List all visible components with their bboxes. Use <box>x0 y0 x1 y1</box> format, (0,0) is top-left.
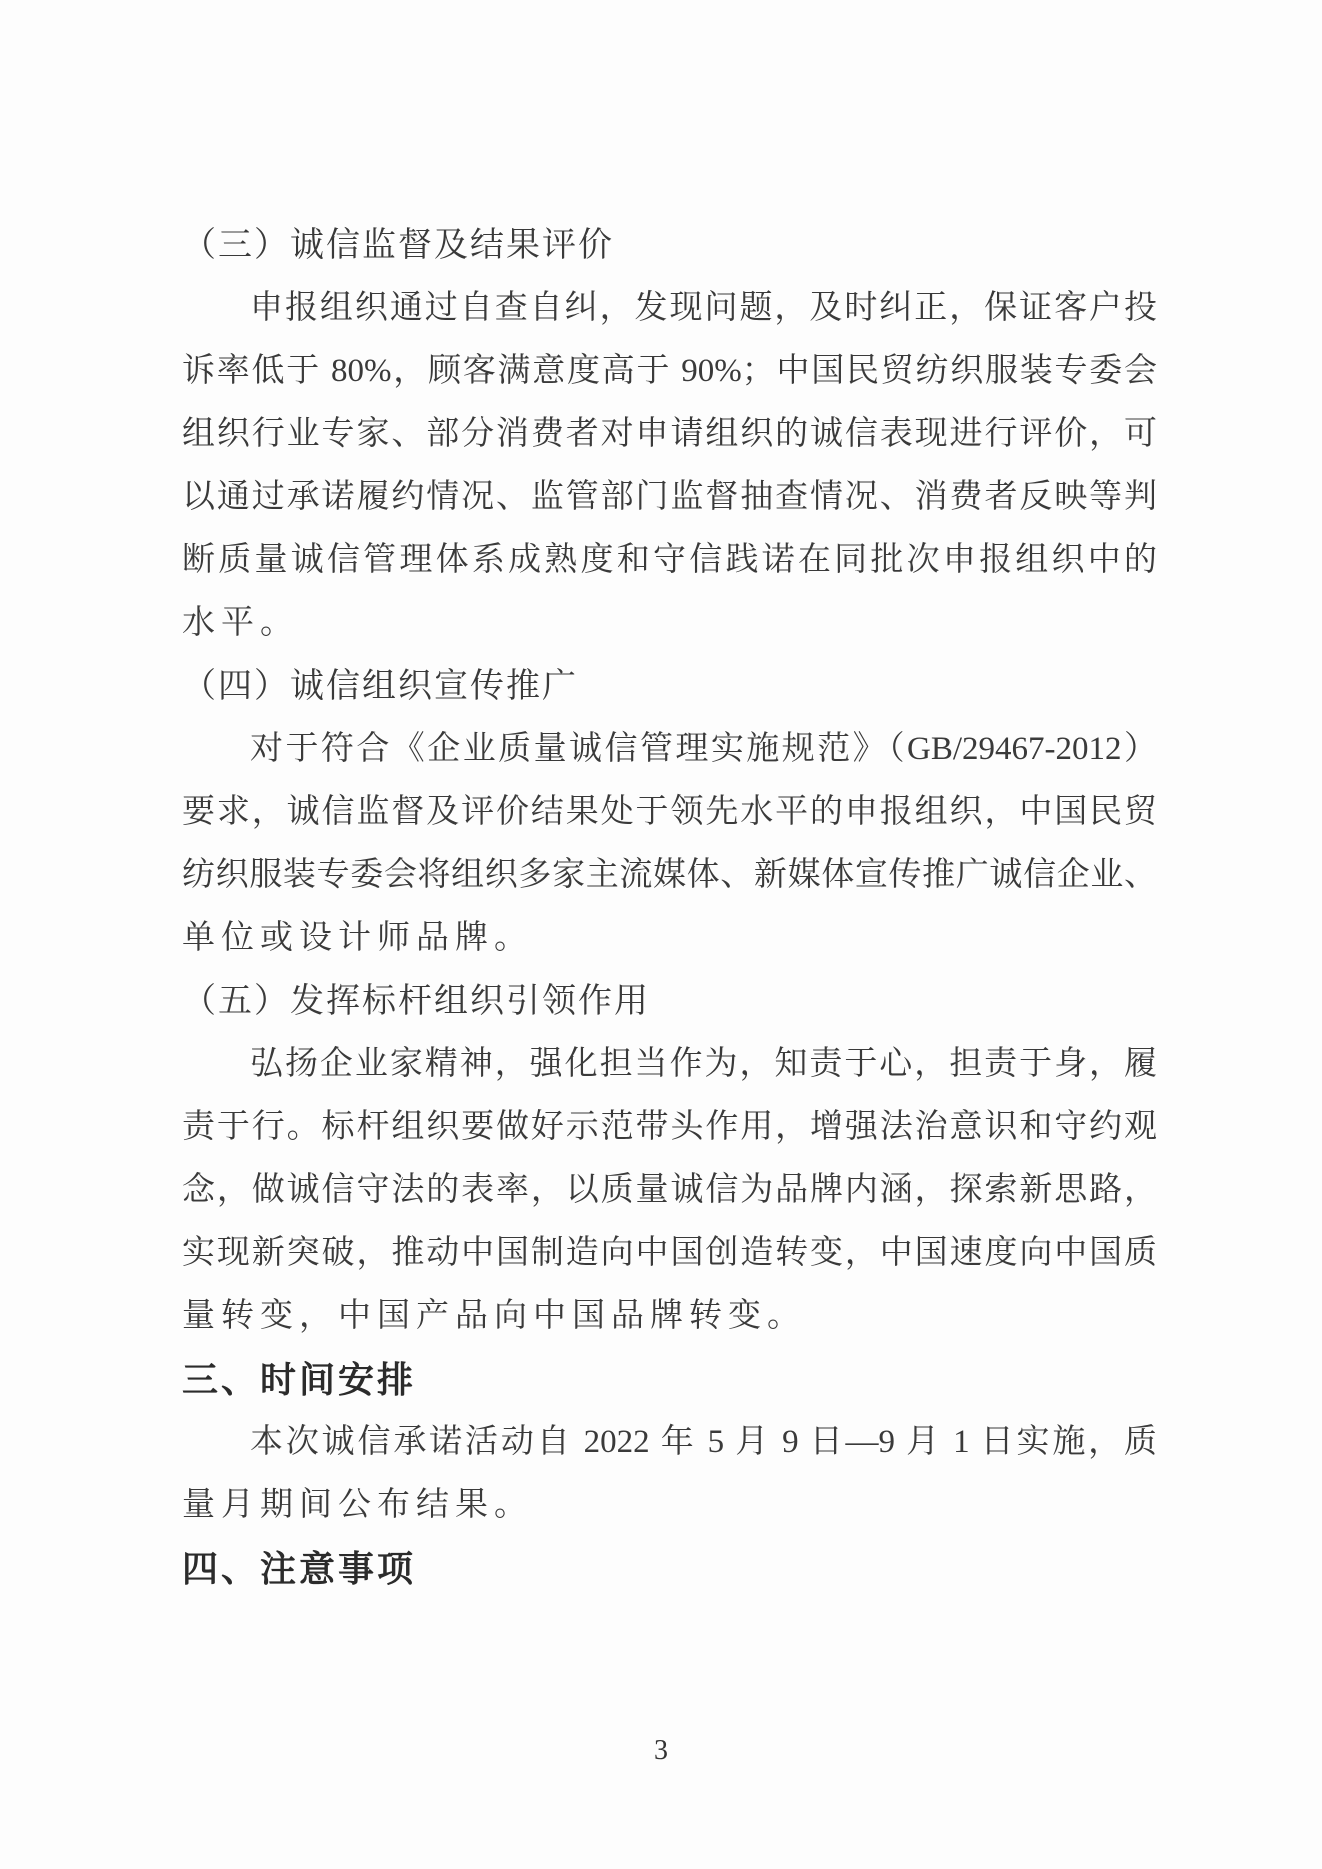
text-line: 断质量诚信管理体系成熟度和守信践诺在同批次申报组织中的 <box>182 529 1157 592</box>
text-line: 实现新突破，推动中国制造向中国创造转变，中国速度向中国质 <box>182 1222 1157 1285</box>
text-line: 弘扬企业家精神，强化担当作为，知责于心，担责于身，履 <box>182 1033 1157 1096</box>
text-line: 纺织服装专委会将组织多家主流媒体、新媒体宣传推广诚信企业、 <box>182 844 1157 907</box>
text-column: （三）诚信监督及结果评价 申报组织通过自查自纠，发现问题，及时纠正，保证客户投 … <box>182 214 1157 1600</box>
text-line: 量月期间公布结果。 <box>182 1474 1157 1537</box>
text-line: 申报组织通过自查自纠，发现问题，及时纠正，保证客户投 <box>182 277 1157 340</box>
subsection-heading-4: （四）诚信组织宣传推广 <box>182 655 1157 718</box>
text-line: 念，做诚信守法的表率，以质量诚信为品牌内涵，探索新思路， <box>182 1159 1157 1222</box>
text-line: 以通过承诺履约情况、监管部门监督抽查情况、消费者反映等判 <box>182 466 1157 529</box>
text-line: 责于行。标杆组织要做好示范带头作用，增强法治意识和守约观 <box>182 1096 1157 1159</box>
subsection-heading-5: （五）发挥标杆组织引领作用 <box>182 970 1157 1033</box>
text-line: 组织行业专家、部分消费者对申请组织的诚信表现进行评价，可 <box>182 403 1157 466</box>
document-page: （三）诚信监督及结果评价 申报组织通过自查自纠，发现问题，及时纠正，保证客户投 … <box>0 0 1322 1869</box>
section-heading-time: 三、时间安排 <box>182 1348 1157 1411</box>
text-line: 本次诚信承诺活动自 2022 年 5 月 9 日—9 月 1 日实施，质 <box>182 1411 1157 1474</box>
subsection-heading-3: （三）诚信监督及结果评价 <box>182 214 1157 277</box>
text-line: 要求，诚信监督及评价结果处于领先水平的申报组织，中国民贸 <box>182 781 1157 844</box>
text-line: 水平。 <box>182 592 1157 655</box>
page-number: 3 <box>0 1736 1322 1766</box>
text-line: 单位或设计师品牌。 <box>182 907 1157 970</box>
text-line: 诉率低于 80%，顾客满意度高于 90%；中国民贸纺织服装专委会 <box>182 340 1157 403</box>
section-heading-notes: 四、注意事项 <box>182 1537 1157 1600</box>
text-line: 量转变，中国产品向中国品牌转变。 <box>182 1285 1157 1348</box>
text-line: 对于符合《企业质量诚信管理实施规范》（GB/29467-2012） <box>182 718 1157 781</box>
